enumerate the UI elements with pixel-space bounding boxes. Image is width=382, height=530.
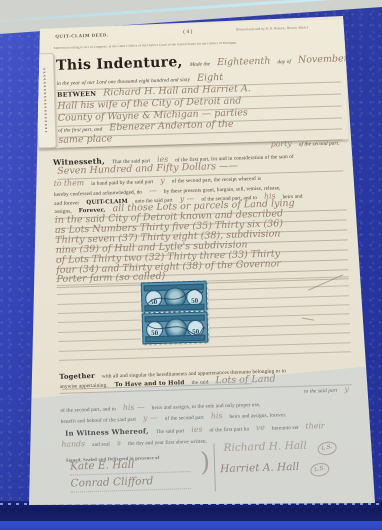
page-number: ( 4 ) — [183, 30, 192, 36]
signature-column-divider — [213, 443, 215, 491]
blank-rule — [59, 351, 351, 361]
pencil-tick-mark — [302, 317, 314, 320]
grantor-signature-1: Richard H. Hall L.S. — [223, 435, 339, 457]
witness-signature-2: Conrad Clifford — [70, 470, 191, 493]
deed-document-paper: QUIT-CLAIM DEED. ( 4 ) [Printed and sold… — [0, 0, 382, 530]
blank-rule — [59, 342, 351, 352]
bright-blue-strip — [0, 521, 382, 530]
seal-ls-2: L.S. — [309, 461, 330, 477]
stamp-bottom-band — [145, 334, 205, 342]
seal-ls-1: L.S. — [317, 440, 338, 456]
grantor-signature-2: Harriet A. Hall L.S. — [220, 456, 332, 478]
photo-of-quit-claim-deed: QUIT-CLAIM DEED. ( 4 ) [Printed and sold… — [0, 0, 382, 530]
revenue-stamp-50c-bottom: 50 50 — [142, 312, 209, 345]
stamp-bottom-band — [144, 303, 204, 311]
deed-content: QUIT-CLAIM DEED. ( 4 ) [Printed and sold… — [0, 0, 382, 530]
witness-brace: ) — [200, 449, 211, 475]
vertical-fine-print — [43, 68, 47, 132]
revenue-stamp-50c-top: 50 50 — [141, 281, 208, 314]
